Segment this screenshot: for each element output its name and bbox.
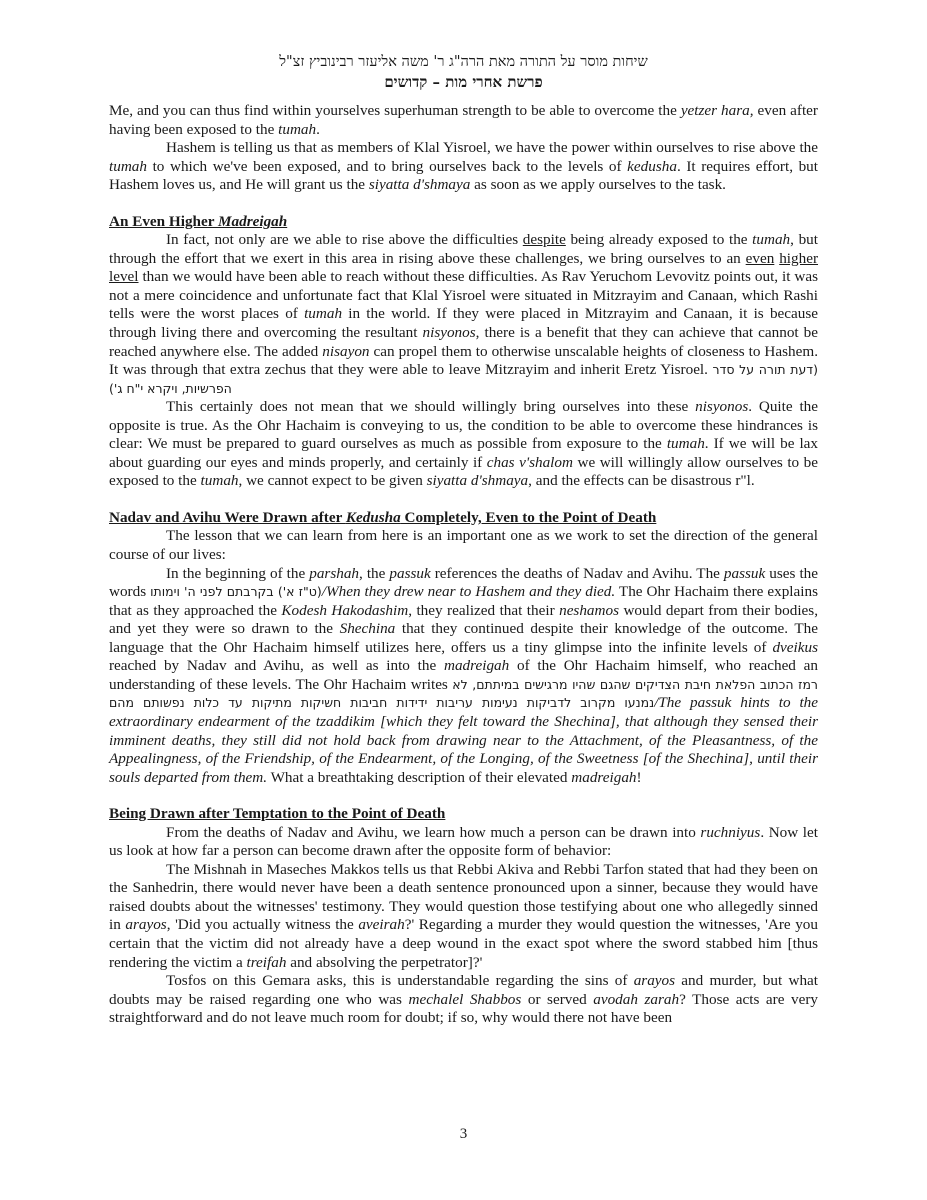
paragraph: The Mishnah in Maseches Makkos tells us …: [109, 861, 818, 972]
paragraph: Hashem is telling us that as members of …: [109, 139, 818, 195]
section-heading: An Even Higher Madreigah: [109, 213, 818, 232]
paragraph: Tosfos on this Gemara asks, this is unde…: [109, 972, 818, 1028]
paragraph: From the deaths of Nadav and Avihu, we l…: [109, 824, 818, 861]
paragraph: The lesson that we can learn from here i…: [109, 527, 818, 564]
header-parsha-line: פרשת אחרי מות – קדושים: [109, 72, 818, 92]
paragraph: Me, and you can thus find within yoursel…: [109, 102, 818, 139]
document-page: שיחות מוסר על התורה מאת הרה"ג ר' משה אלי…: [109, 52, 818, 1028]
header-author-line: שיחות מוסר על התורה מאת הרה"ג ר' משה אלי…: [109, 52, 818, 72]
paragraph: This certainly does not mean that we sho…: [109, 398, 818, 491]
page-number: 3: [0, 1126, 927, 1143]
paragraph: In the beginning of the parshah, the pas…: [109, 565, 818, 788]
section-heading: Nadav and Avihu Were Drawn after Kedusha…: [109, 509, 818, 528]
paragraph: In fact, not only are we able to rise ab…: [109, 231, 818, 398]
section-heading: Being Drawn after Temptation to the Poin…: [109, 805, 818, 824]
hebrew-quote: (ט"ז א') בקרבתם לפני ה' וימותו: [150, 584, 322, 599]
